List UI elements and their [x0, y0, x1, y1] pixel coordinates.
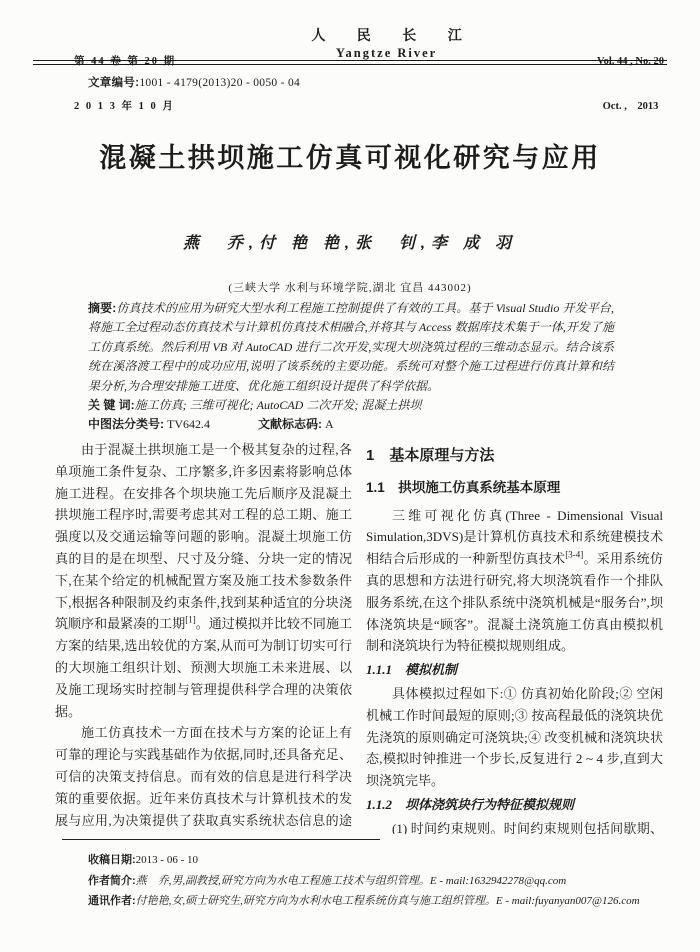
paper-title: 混凝土拱坝施工仿真可视化研究与应用 [0, 136, 700, 175]
received-date-label: 收稿日期: [88, 854, 136, 866]
author-bio-text: 燕 乔,男,副教授,研究方向为水电工程施工技术与组织管理。E - mail:16… [136, 875, 567, 887]
right-column: 1 基本原理与方法 1.1 拱坝施工仿真系统基本原理 三维可视化仿真(Three… [366, 439, 663, 834]
footnote-divider [62, 839, 380, 840]
section-heading-1-1-1: 1.1.1 模拟机制 [366, 659, 663, 681]
keywords-label: 关 键 词: [88, 398, 135, 412]
author-bio-line: 作者简介:燕 乔,男,副教授,研究方向为水电工程施工技术与组织管理。E - ma… [88, 871, 664, 892]
intro-paragraph-1: 由于混凝土拱坝施工是一个极其复杂的过程,各单项施工条件复杂、工序繁多,许多因素将… [55, 439, 352, 722]
journal-name-cn: 人 民 长 江 [297, 25, 476, 45]
doc-code-value: A [325, 417, 334, 431]
clc-line: 中图法分类号: TV642.4 文献标志码: A [88, 415, 614, 432]
volume-date: Oct. , 2013 [597, 99, 664, 114]
left-column: 由于混凝土拱坝施工是一个极其复杂的过程,各单项施工条件复杂、工序繁多,许多因素将… [55, 439, 352, 834]
journal-name-block: 人 民 长 江 Yangtze River [297, 25, 476, 61]
section-heading-1-1-2: 1.1.2 坝体浇筑块行为特征模拟规则 [366, 794, 663, 816]
abstract-block: 摘要:仿真技术的应用为研究大型水利工程施工控制提供了有效的工具。基于 Visua… [88, 299, 614, 396]
received-date-value: 2013 - 06 - 10 [136, 854, 198, 866]
header-divider [33, 60, 667, 65]
corresponding-author-text: 付艳艳,女,硕士研究生,研究方向为水利水电工程系统仿真与施工组织管理。E - m… [136, 895, 640, 907]
abstract-label: 摘要: [88, 301, 116, 315]
section-heading-1: 1 基本原理与方法 [366, 445, 663, 467]
intro-p1-text-cont: 。通过模拟并比较不同施工方案的结果,选出较优的方案,从而可为制订切实可行的大坝施… [55, 616, 352, 718]
section-paragraph-2: 具体模拟过程如下:① 仿真初始化阶段;② 空闲机械工作时间最短的原则;③ 按高程… [366, 683, 663, 792]
author-bio-label: 作者简介: [88, 875, 136, 887]
received-date-line: 收稿日期:2013 - 06 - 10 [88, 850, 664, 871]
citation-ref-1: [1] [185, 615, 196, 625]
journal-name-en: Yangtze River [297, 46, 476, 61]
section-paragraph-3: (1) 时间约束规则。时间约束规则包括间歇期、初凝时间、终凝时间等约束,这些约束… [366, 818, 663, 834]
paper-page: 第 44 卷 第 20 期 2 0 1 3 年 1 0 月 人 民 长 江 Ya… [0, 0, 700, 952]
abstract-text: 仿真技术的应用为研究大型水利工程施工控制提供了有效的工具。基于 Visual S… [88, 301, 614, 393]
keywords-line: 关 键 词:施工仿真; 三维可视化; AutoCAD 二次开发; 混凝土拱坝 [88, 396, 614, 413]
section-paragraph-1: 三维可视化仿真(Three - Dimensional Visual Simul… [366, 505, 663, 658]
clc-value: TV642.4 [167, 417, 210, 431]
intro-p2-text: 施工仿真技术一方面在技术与方案的论证上有可靠的理论与实践基础作为依据,同时,还具… [55, 725, 352, 834]
intro-paragraph-2: 施工仿真技术一方面在技术与方案的论证上有可靠的理论与实践基础作为依据,同时,还具… [55, 722, 352, 834]
affiliation-line: (三峡大学 水利与环境学院,湖北 宜昌 443002) [0, 279, 700, 295]
issue-date: 2 0 1 3 年 1 0 月 [74, 99, 176, 114]
corresponding-author-line: 通讯作者:付艳艳,女,硕士研究生,研究方向为水利水电工程系统仿真与施工组织管理。… [88, 891, 664, 912]
intro-p1-text: 由于混凝土拱坝施工是一个极其复杂的过程,各单项施工条件复杂、工序繁多,许多因素将… [55, 442, 352, 631]
author-line: 燕 乔,付 艳 艳,张 钊,李 成 羽 [0, 230, 700, 253]
article-number-value: 1001 - 4179(2013)20 - 0050 - 04 [139, 77, 300, 89]
article-number-line: 文章编号:1001 - 4179(2013)20 - 0050 - 04 [88, 74, 300, 90]
body-columns: 由于混凝土拱坝施工是一个极其复杂的过程,各单项施工条件复杂、工序繁多,许多因素将… [55, 439, 663, 834]
section-p1-text-cont: 。采用系统仿真的思想和方法进行研究,将大坝浇筑看作一个排队服务系统,在这个排队系… [366, 551, 663, 653]
corresponding-author-label: 通讯作者: [88, 895, 136, 907]
volume-block: Vol. 44 , No. 20 Oct. , 2013 [597, 24, 664, 144]
doc-code-label: 文献标志码: [258, 417, 322, 431]
section-heading-1-1: 1.1 拱坝施工仿真系统基本原理 [366, 477, 663, 499]
footnote-block: 收稿日期:2013 - 06 - 10 作者简介:燕 乔,男,副教授,研究方向为… [88, 850, 664, 912]
citation-ref-3-4: [3-4] [565, 550, 583, 560]
article-number-label: 文章编号: [88, 77, 139, 89]
clc-label: 中图法分类号: [88, 417, 164, 431]
keywords-text: 施工仿真; 三维可视化; AutoCAD 二次开发; 混凝土拱坝 [135, 398, 422, 412]
